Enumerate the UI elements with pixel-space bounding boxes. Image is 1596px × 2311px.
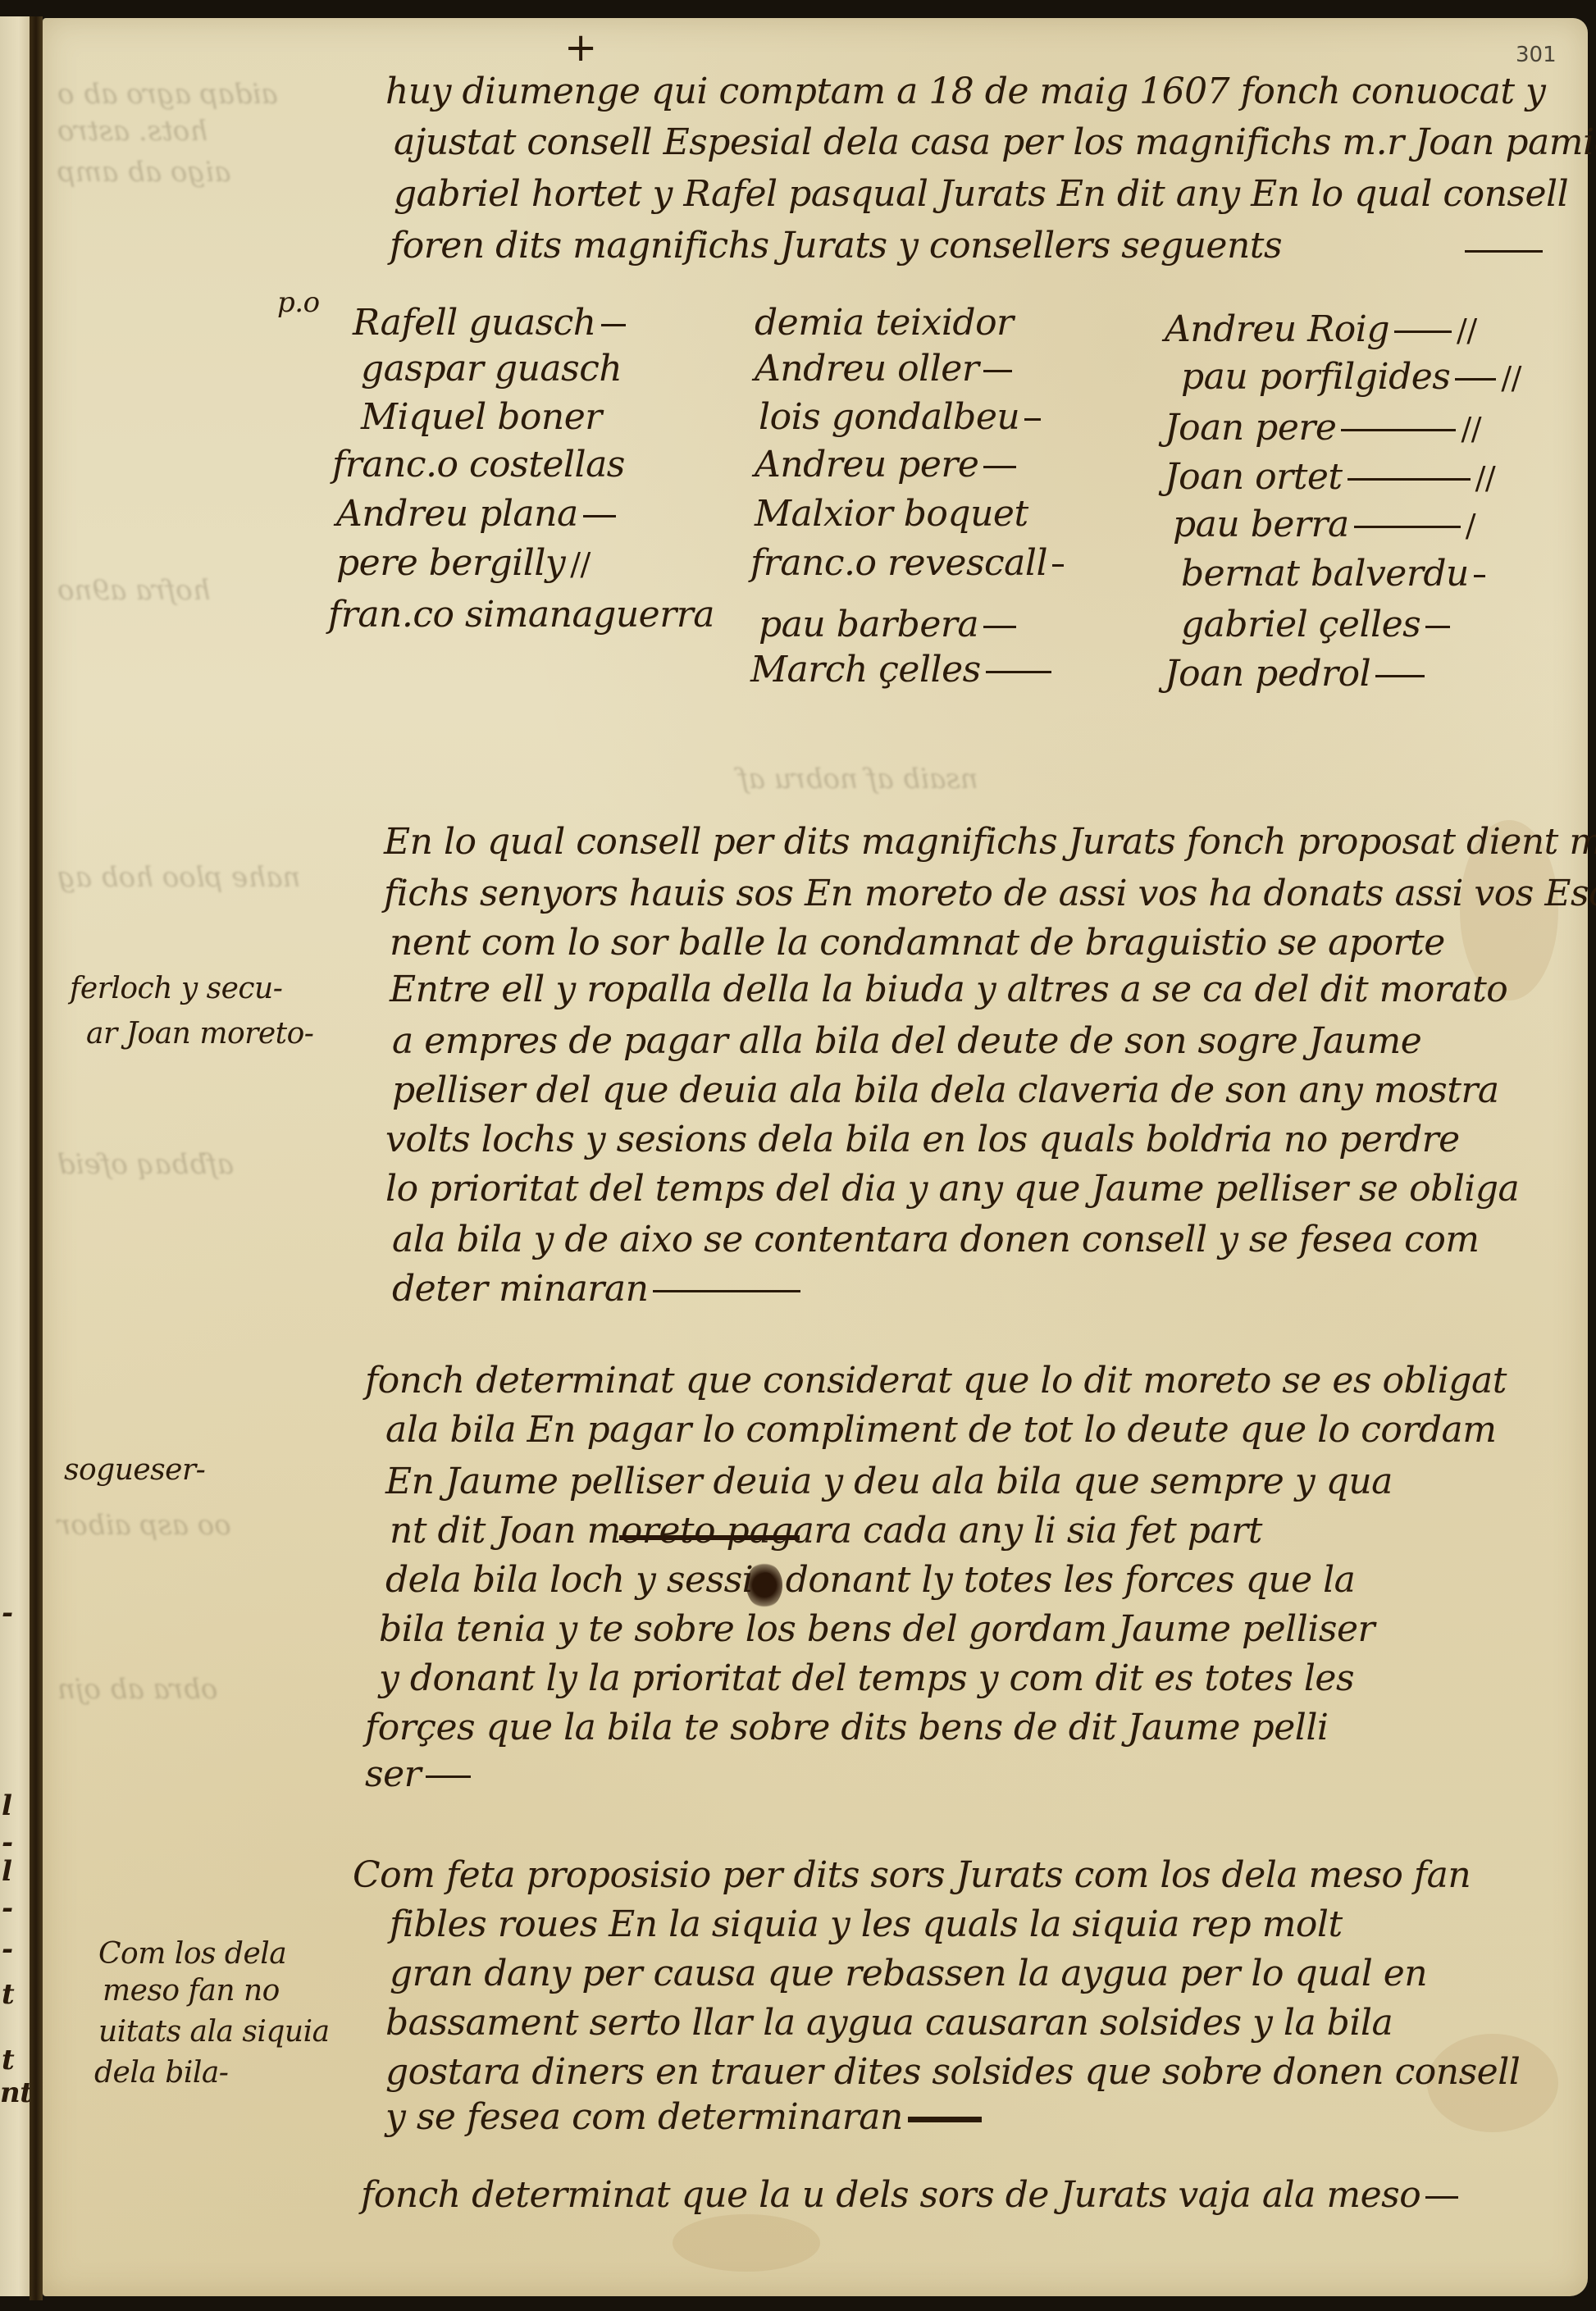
attendee-name: gabriel çelles	[1181, 607, 1450, 643]
margin-note-line: sogueser-	[64, 1456, 205, 1485]
text-line: Entre ell y ropalla della la biuda y alt…	[390, 972, 1507, 1008]
text-line: bassament serto llar la ayguа causaran s…	[385, 2005, 1393, 2041]
attendee-name: Joan pedrol	[1165, 656, 1425, 692]
opening-line: ajustat consell Espesial dela casa per l…	[394, 125, 1596, 161]
margin-note-line: meso fan no	[103, 1976, 280, 2006]
attendee-name: pau berra/	[1173, 507, 1475, 543]
adjacent-fragment: -	[2, 1935, 13, 1963]
text-line: nt dit Joan moreto pagara cada any li si…	[390, 1513, 1262, 1549]
attendee-name: bernat balverdu	[1181, 556, 1485, 592]
book-spine	[30, 16, 43, 2300]
attendee-name: Andreu pere	[755, 447, 1016, 483]
attendee-name: pau porfilgides//	[1181, 359, 1521, 395]
adjacent-fragment: nt	[0, 2079, 32, 2107]
adjacent-fragment: l	[2, 1792, 11, 1820]
text-line: y se fesea com determinaran	[385, 2099, 982, 2136]
attendee-name: Andreu Roig//	[1165, 312, 1477, 348]
attendee-name: Andreu plana	[336, 496, 616, 532]
line-filler	[1465, 250, 1543, 253]
text-line: gostara diners en trauer dites solsides …	[385, 2054, 1520, 2090]
text-line: fichs senyors hauis sos En moreto de ass…	[384, 876, 1596, 912]
text-line: fonch determinat que considerat que lo d…	[365, 1363, 1507, 1399]
text-line: En Jaume pelliser deuia y deu ala bila q…	[385, 1464, 1393, 1500]
text-line: gran dany per causa que rebassen la aygu…	[390, 1956, 1427, 1992]
text-line: ser	[365, 1757, 471, 1793]
adjacent-fragment: -	[2, 1829, 13, 1857]
adjacent-page-edge: - l - l - - t t nt	[0, 16, 31, 2296]
adjacent-fragment: l	[2, 1857, 11, 1885]
opening-line: huy diumenge qui comptam a 18 de maig 16…	[385, 74, 1545, 110]
text-line: deter minaran	[392, 1271, 800, 1307]
margin-note-line: ar Joan moreto-	[86, 1019, 313, 1049]
attendee-name: Miquel boner	[361, 399, 602, 435]
opening-line: gabriel hortet y Rafel pasqual Jurats En…	[394, 176, 1568, 212]
attendee-name: Andreu oller	[755, 351, 1012, 387]
text-line: fibles roues En la siquia y les quals la…	[390, 1907, 1343, 1943]
attendee-name: Joan pere//	[1165, 410, 1481, 446]
margin-note-line: ferloch y secu-	[70, 974, 282, 1004]
text-line: Com feta proposisio per dits sors Jurats…	[353, 1857, 1471, 1894]
text-line: dela bila loch y sessio donant ly totes …	[385, 1562, 1355, 1598]
stain	[673, 2214, 820, 2272]
attendee-name: gaspar guasch	[361, 351, 622, 387]
adjacent-fragment: t	[2, 1981, 14, 2008]
attendee-name: pau barbera	[759, 607, 1016, 643]
margin-note-line: uitats ala siquia	[98, 2017, 330, 2047]
attendee-name: fran.co simanaguerra	[328, 597, 714, 633]
adjacent-fragment: t	[2, 2046, 14, 2074]
text-line: forçes que la bila te sobre dits bens de…	[365, 1710, 1328, 1746]
attendee-name: Joan ortet//	[1165, 459, 1495, 495]
text-line: bila tenia y te sobre los bens del gorda…	[379, 1611, 1375, 1648]
text-line: nent com lo sor balle la condamnat de br…	[390, 925, 1445, 961]
attendee-name: pere bergilly//	[336, 545, 591, 581]
folio-number: 301	[1516, 43, 1557, 67]
attendee-name: March çelles	[750, 652, 1051, 688]
text-line: lo prioritat del temps del dia y any que…	[385, 1171, 1519, 1207]
text-line: ala bila En pagar lo compliment de tot l…	[385, 1412, 1497, 1448]
attendee-name: franc.o revescall	[750, 545, 1064, 581]
ink-blot	[746, 1562, 782, 1608]
attendee-name: Malxior boquet	[755, 496, 1028, 532]
strikethrough	[619, 1535, 800, 1540]
text-line: pelliser del que deuia ala bila dela cla…	[392, 1073, 1499, 1109]
adjacent-fragment: -	[2, 1894, 13, 1922]
attendee-name: Rafell guasch	[353, 305, 626, 341]
adjacent-fragment: -	[2, 1599, 13, 1627]
opening-line: foren dits magnifichs Jurats y conseller…	[390, 228, 1282, 264]
attendee-name: demia teixidor	[755, 305, 1014, 341]
cross-icon: +	[564, 25, 597, 71]
text-line: volts lochs y sesions dela bila en los q…	[385, 1122, 1460, 1158]
text-line: En lo qual consell per dits magnifichs J…	[384, 824, 1596, 860]
text-line: a empres de pagar alla bila del deute de…	[392, 1023, 1421, 1060]
text-line: y donant ly la prioritat del temps y com…	[379, 1661, 1354, 1697]
text-line: ala bila y de aixo se contentara donen c…	[392, 1222, 1480, 1258]
margin-note-line: Com los dela	[98, 1940, 286, 1969]
margin-note-line: dela bila-	[94, 2058, 228, 2088]
closing-line: fonch determinat que la u dels sors de J…	[361, 2177, 1458, 2213]
attendee-name: franc.o costellas	[332, 447, 625, 483]
primus-marker: p.o	[277, 289, 320, 317]
attendee-name: lois gondalbeu	[759, 399, 1041, 435]
